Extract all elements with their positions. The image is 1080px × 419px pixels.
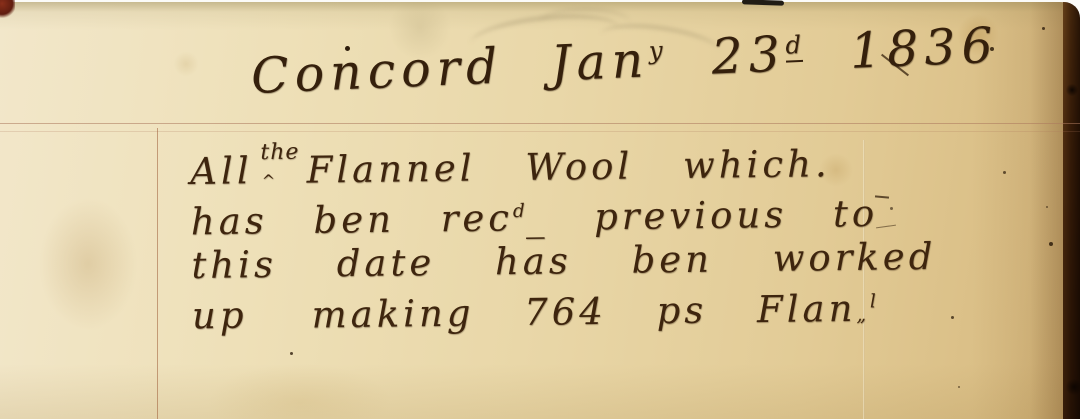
book-edge <box>1063 2 1080 419</box>
foxing-spot <box>1049 242 1053 246</box>
line4-superscript: l <box>870 291 877 312</box>
line2-superscript: d <box>513 201 526 222</box>
line2-pre: has ben rec <box>191 196 514 243</box>
foxing-spot <box>951 316 954 319</box>
ink-dot <box>290 352 293 355</box>
foxing-spot <box>958 386 960 388</box>
foxing-spot <box>1042 27 1045 30</box>
page-edge-shadow <box>1030 2 1066 419</box>
line2-post: _ previous to <box>526 192 879 239</box>
caret-mark: ^ <box>262 159 280 203</box>
heading-day: 23d <box>710 25 803 86</box>
line4-word-up: up <box>192 294 248 338</box>
heading-year: 1836 <box>849 17 1000 80</box>
line1-post: Flannel Wool which. <box>306 142 831 191</box>
ledger-rule-horizontal <box>0 123 1080 124</box>
heading-day-text: 23 <box>710 26 787 86</box>
red-corner-stain <box>0 0 15 18</box>
scanned-manuscript: Concord Jany 23d 1836 Allthe^Flannel Woo… <box>0 0 1080 419</box>
line4-pre: making 764 ps Flan <box>311 287 856 337</box>
bleed-through-mark <box>540 8 630 35</box>
heading-month: Jany <box>550 31 666 93</box>
entry-line-4: upmaking 764 ps Flan„l <box>192 279 938 345</box>
foxing-spot <box>1046 206 1048 208</box>
journal-entry: Allthe^Flannel Wool which. has ben recd_… <box>190 141 937 346</box>
heading-place: Concord <box>250 37 504 105</box>
heading-month-text: Jan <box>550 31 651 92</box>
entry-line-2: has ben recd_ previous to <box>191 185 937 244</box>
foxing-spot <box>1003 171 1006 174</box>
line4-rest: making 764 ps Flan„l <box>311 286 877 336</box>
heading-day-superscript: d <box>785 30 803 63</box>
heading-month-superscript: y <box>648 35 664 65</box>
line4-abbrev-marks: „ <box>856 304 870 325</box>
ledger-rule-horizontal-faint <box>0 131 1080 132</box>
ledger-rule-vertical <box>157 128 158 419</box>
inserted-word: the^ <box>253 177 307 184</box>
line1-pre: All <box>190 149 253 193</box>
